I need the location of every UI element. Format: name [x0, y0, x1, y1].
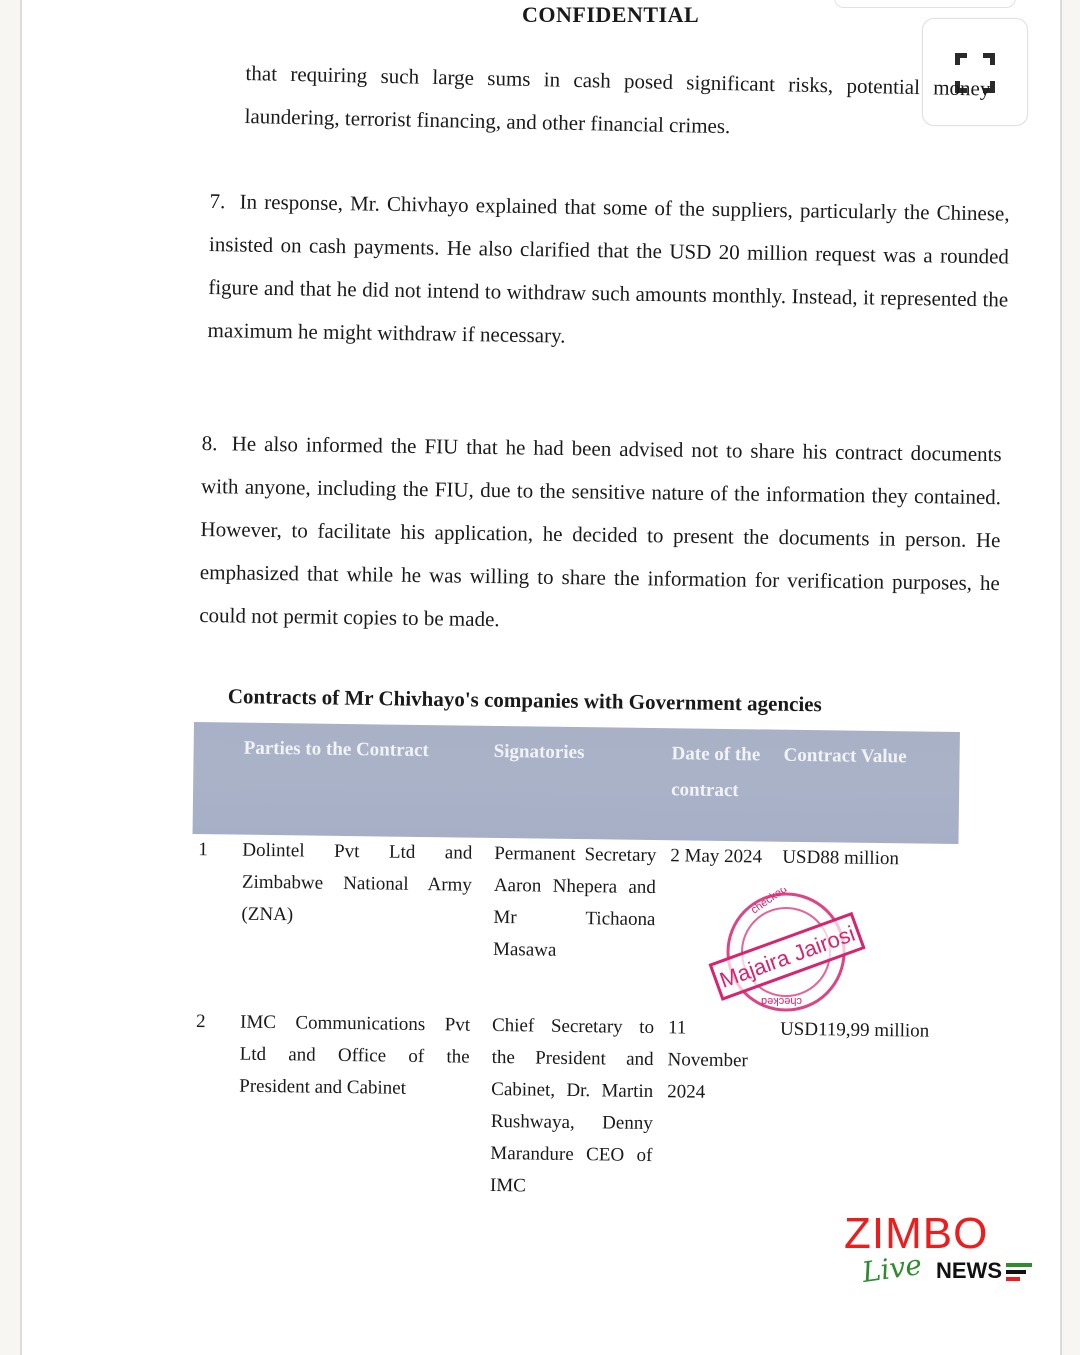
paragraph-8: 8.He also informed the FIU that he had b… [199, 422, 1002, 648]
row-date: 2 May 2024 [670, 840, 770, 873]
row-number: 1 [198, 834, 228, 866]
logo-news: NEWS [936, 1258, 1002, 1284]
row-parties: IMC Communications Pvt Ltd and Office of… [239, 1007, 470, 1106]
table-row: 2 IMC Communications Pvt Ltd and Office … [188, 1006, 957, 1216]
row-signatories: Chief Secretary to the President and Cab… [490, 1010, 654, 1204]
top-tab[interactable] [834, 0, 1016, 8]
table-header: Parties to the Contract Signatories Date… [193, 722, 960, 844]
row-value: USD119,99 million [780, 1014, 980, 1049]
paragraph-number: 7. [209, 180, 240, 223]
header-date: Date of the contract [671, 736, 762, 809]
header-parties: Parties to the Contract [243, 731, 463, 770]
paragraph-text: He also informed the FIU that he had bee… [199, 431, 1002, 631]
header-value: Contract Value [783, 738, 953, 776]
row-signatories: Permanent Secretary Aaron Nhepera and Mr… [493, 838, 657, 968]
right-gutter [1060, 0, 1080, 1355]
row-parties: Dolintel Pvt Ltd and Zimbabwe National A… [241, 835, 472, 934]
zimbo-live-news-logo: ZIMBO Live NEWS [844, 1212, 1044, 1292]
paragraph-continuation: that requiring such large sums in cash p… [244, 52, 991, 154]
row-value: USD88 million [782, 842, 982, 877]
confidential-header: CONFIDENTIAL [522, 2, 699, 28]
paragraph-number: 8. [201, 422, 232, 465]
paragraph-7: 7.In response, Mr. Chivhayo explained th… [207, 180, 1010, 365]
left-gutter [0, 0, 22, 1355]
header-signatories: Signatories [493, 734, 653, 772]
checked-stamp: Majaira Jairosi checked checked [708, 888, 868, 1018]
flag-stripes-icon [1006, 1263, 1032, 1281]
logo-live: Live [860, 1248, 924, 1289]
row-number: 2 [196, 1006, 226, 1038]
row-date: 11 November 2024 [667, 1012, 768, 1109]
table-title: Contracts of Mr Chivhayo's companies wit… [228, 684, 822, 717]
svg-text:checked: checked [761, 995, 802, 1007]
stamp-graphic: Majaira Jairosi checked checked [708, 888, 868, 1018]
paragraph-text: In response, Mr. Chivhayo explained that… [207, 189, 1009, 347]
document-page: CONFIDENTIAL that requiring such large s… [22, 0, 1060, 1355]
